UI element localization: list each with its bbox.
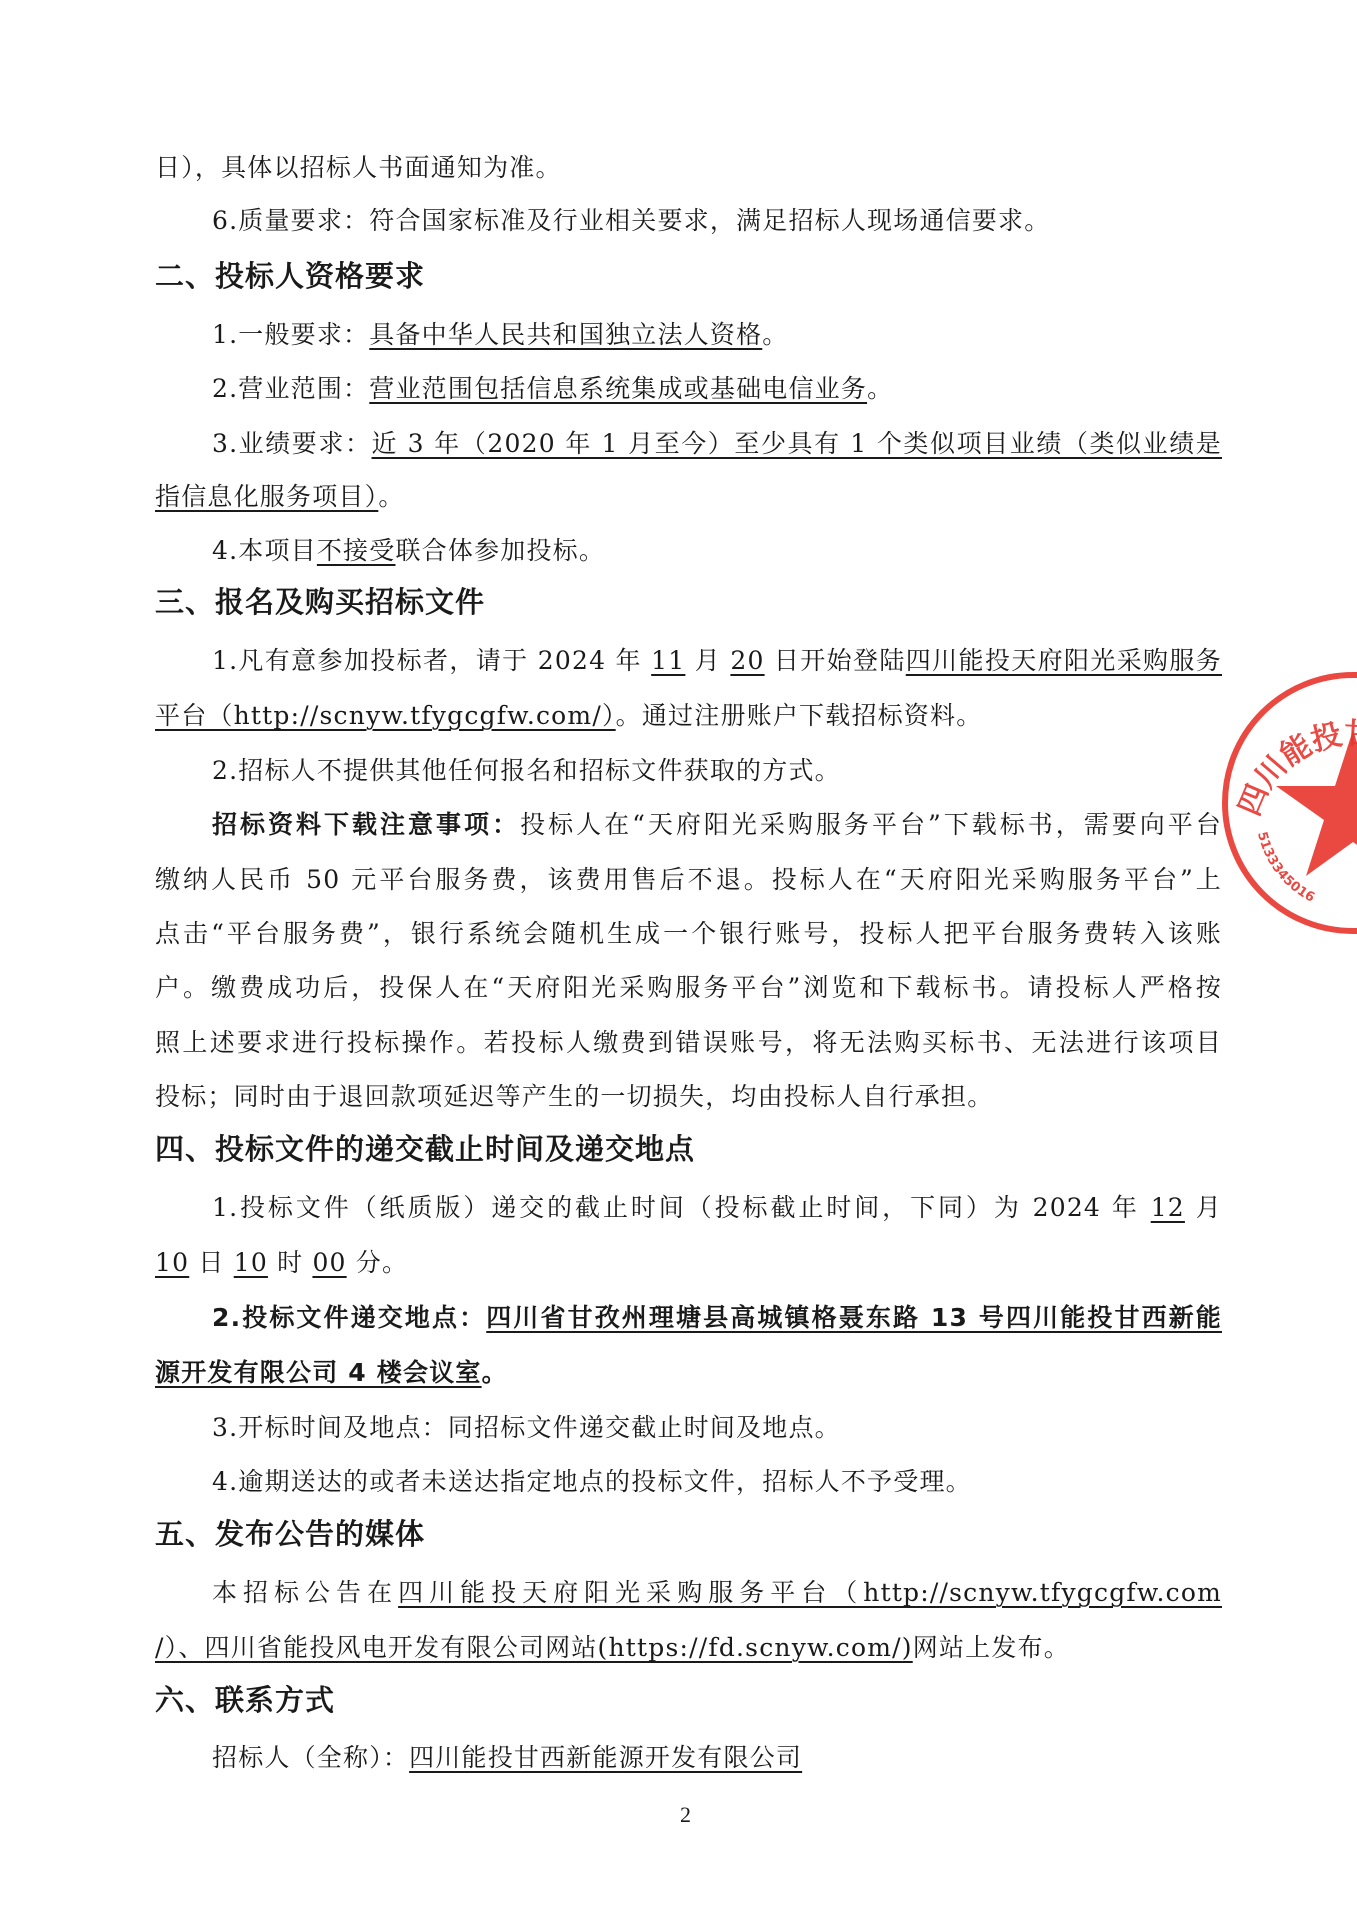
no-other-channel: 2.招标人不提供其他任何报名和招标文件获取的方式。 <box>212 754 1222 788</box>
registration-date-cont: 平台（http://scnyw.tfygcgfw.com/）。通过注册账户下载招… <box>155 699 1222 733</box>
label: 3.业绩要求： <box>212 429 372 458</box>
paragraph-line: 日），具体以招标人书面通知为准。 <box>155 151 1222 185</box>
text: 6.质量要求：符合国家标准及行业相关要求，满足招标人现场通信要求。 <box>212 206 1050 235</box>
opening-time: 3.开标时间及地点：同招标文件递交截止时间及地点。 <box>212 1411 1222 1445</box>
underlined-text: 近 3 年（2020 年 1 月至今）至少具有 1 个类似项目业绩（类似业绩是 <box>372 429 1222 458</box>
platform-url-link[interactable]: 四川能投天府阳光采购服务平台（http://scnyw.tfygcgfw.com <box>398 1578 1222 1607</box>
text: 月 <box>1185 1193 1222 1222</box>
section-heading-2: 二、投标人资格要求 <box>155 259 1222 293</box>
text: 。 <box>378 482 404 511</box>
download-notice-line: 户。缴费成功后，投保人在“天府阳光采购服务平台”浏览和下载标书。请投标人严格按 <box>155 971 1222 1005</box>
text: 网站上发布。 <box>913 1633 1070 1662</box>
text: 。 <box>867 374 893 403</box>
text: 日 <box>189 1248 234 1277</box>
text: 日），具体以招标人书面通知为准。 <box>155 153 562 182</box>
submission-location: 2.投标文件递交地点：四川省甘孜州理塘县高城镇格聂东路 13 号四川能投甘西新能 <box>212 1301 1222 1335</box>
download-notice-line: 缴纳人民币 50 元平台服务费，该费用售后不退。投标人在“天府阳光采购服务平台”… <box>155 863 1222 897</box>
company-name: 四川能投甘西新能源开发有限公司 <box>409 1743 802 1772</box>
section-heading-6: 六、联系方式 <box>155 1683 1222 1717</box>
underlined-text: 具备中华人民共和国独立法人资格 <box>369 320 762 349</box>
underlined-text: 营业范围包括信息系统集成或基础电信业务 <box>369 374 867 403</box>
consortium-note: 4.本项目不接受联合体参加投标。 <box>212 534 1222 568</box>
text: 本招标公告在 <box>212 1578 398 1607</box>
company-seal-stamp: 四川能投甘西新能 5133345016 <box>1218 668 1357 938</box>
quality-requirement: 6.质量要求：符合国家标准及行业相关要求，满足招标人现场通信要求。 <box>212 204 1222 238</box>
deadline-cont: 10 日 10 时 00 分。 <box>155 1246 1222 1280</box>
section-heading-3: 三、报名及购买招标文件 <box>155 585 1222 619</box>
media-line: 本招标公告在四川能投天府阳光采购服务平台（http://scnyw.tfygcg… <box>212 1576 1222 1610</box>
month-value: 12 <box>1151 1193 1185 1222</box>
text: 1.凡有意参加投标者，请于 2024 年 <box>212 646 651 675</box>
underlined-text: 不接受 <box>317 536 396 565</box>
download-notice-line: 照上述要求进行投标操作。若投标人缴费到错误账号，将无法购买标书、无法进行该项目 <box>155 1026 1222 1060</box>
text: 4.本项目 <box>212 536 317 565</box>
download-notice-line: 投标；同时由于退回款项延迟等产生的一切损失，均由投标人自行承担。 <box>155 1080 1222 1114</box>
text: 。 <box>482 1358 508 1387</box>
website-link[interactable]: /）、四川省能投风电开发有限公司网站(https://fd.scnyw.com/… <box>155 1633 913 1662</box>
text: 。 <box>762 320 788 349</box>
day-value: 20 <box>730 646 764 675</box>
text: 。通过注册账户下载招标资料。 <box>616 701 983 730</box>
label: 2.投标文件递交地点： <box>212 1303 486 1332</box>
address: 源开发有限公司 4 楼会议室 <box>155 1358 482 1387</box>
business-scope: 2.营业范围：营业范围包括信息系统集成或基础电信业务。 <box>212 372 1222 406</box>
label: 招标人（全称）： <box>212 1743 409 1772</box>
address: 四川省甘孜州理塘县高城镇格聂东路 13 号四川能投甘西新能 <box>486 1303 1222 1332</box>
hour-value: 10 <box>234 1248 268 1277</box>
underlined-text: 指信息化服务项目） <box>155 482 378 511</box>
text: 月 <box>685 646 730 675</box>
general-requirement: 1.一般要求：具备中华人民共和国独立法人资格。 <box>212 318 1222 352</box>
performance-requirement: 3.业绩要求：近 3 年（2020 年 1 月至今）至少具有 1 个类似项目业绩… <box>212 427 1222 461</box>
month-value: 11 <box>651 646 685 675</box>
submission-location-cont: 源开发有限公司 4 楼会议室。 <box>155 1356 1222 1390</box>
text: 时 <box>268 1248 313 1277</box>
page-number: 2 <box>680 1802 691 1828</box>
platform-url-link[interactable]: 平台（http://scnyw.tfygcgfw.com/） <box>155 701 616 730</box>
platform-link[interactable]: 四川能投天府阳光采购服务 <box>906 646 1222 675</box>
deadline: 1.投标文件（纸质版）递交的截止时间（投标截止时间，下同）为 2024 年 12… <box>212 1191 1222 1225</box>
text: 2.招标人不提供其他任何报名和招标文件获取的方式。 <box>212 756 841 785</box>
notice-label: 招标资料下载注意事项： <box>212 810 520 839</box>
section-heading-4: 四、投标文件的递交截止时间及递交地点 <box>155 1132 1222 1166</box>
late-submission-note: 4.逾期送达的或者未送达指定地点的投标文件，招标人不予受理。 <box>212 1465 1222 1499</box>
text: 日开始登陆 <box>765 646 906 675</box>
performance-requirement-cont: 指信息化服务项目）。 <box>155 480 1222 514</box>
media-line-cont: /）、四川省能投风电开发有限公司网站(https://fd.scnyw.com/… <box>155 1631 1222 1665</box>
tenderer-name: 招标人（全称）：四川能投甘西新能源开发有限公司 <box>212 1741 1222 1775</box>
minute-value: 00 <box>312 1248 346 1277</box>
text: 联合体参加投标。 <box>395 536 605 565</box>
download-notice-line: 点击“平台服务费”，银行系统会随机生成一个银行账号，投标人把平台服务费转入该账 <box>155 917 1222 951</box>
section-heading-5: 五、发布公告的媒体 <box>155 1517 1222 1551</box>
registration-date: 1.凡有意参加投标者，请于 2024 年 11 月 20 日开始登陆四川能投天府… <box>212 644 1222 678</box>
text: 投标人在“天府阳光采购服务平台”下载标书，需要向平台 <box>520 810 1222 839</box>
download-notice: 招标资料下载注意事项：投标人在“天府阳光采购服务平台”下载标书，需要向平台 <box>212 808 1222 842</box>
label: 2.营业范围： <box>212 374 369 403</box>
day-value: 10 <box>155 1248 189 1277</box>
text: 分。 <box>347 1248 409 1277</box>
label: 1.一般要求： <box>212 320 369 349</box>
text: 1.投标文件（纸质版）递交的截止时间（投标截止时间，下同）为 2024 年 <box>212 1193 1151 1222</box>
